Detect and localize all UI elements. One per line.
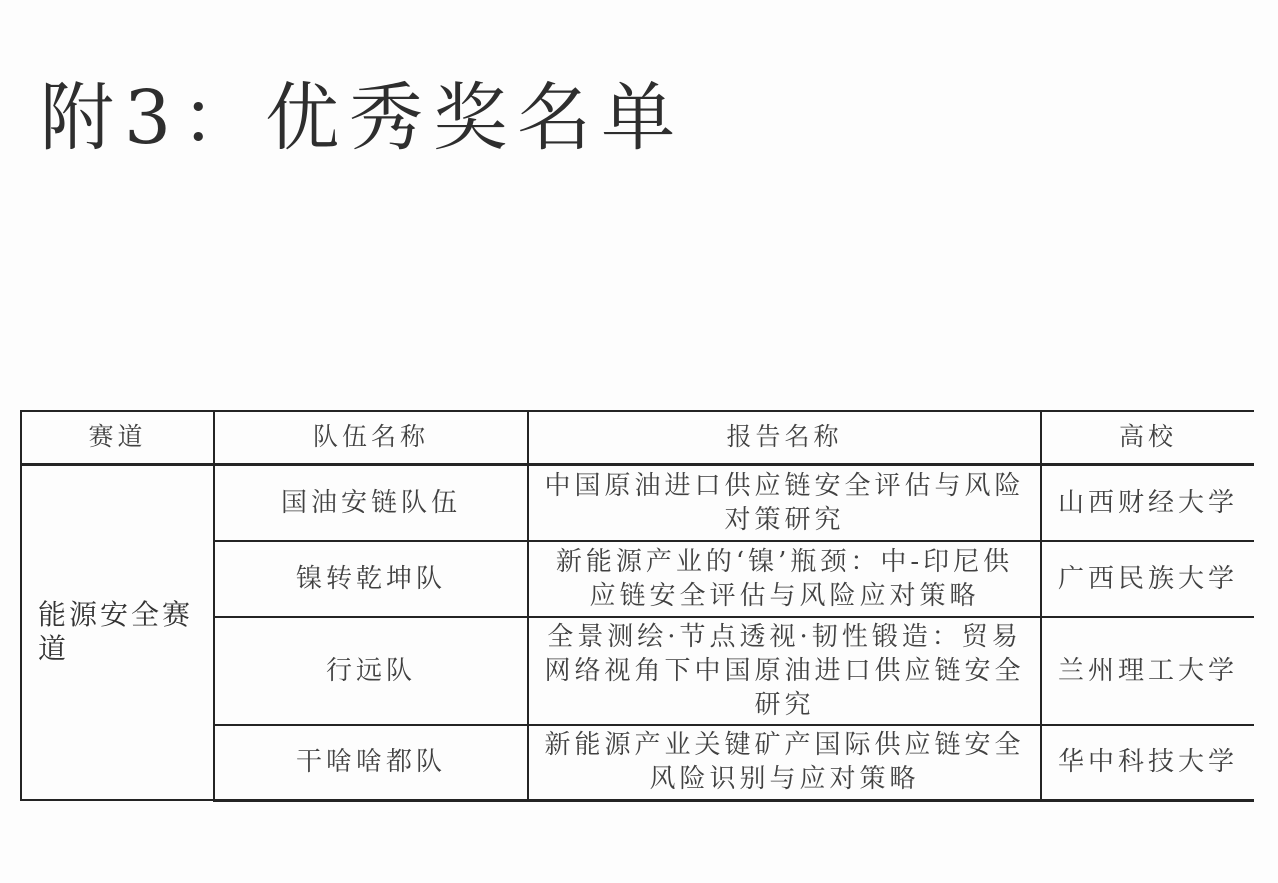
header-cell-track: 赛道 xyxy=(21,411,214,464)
report-cell: 新能源产业的‘镍’瓶颈：中-印尼供应链安全评估与风险应对策略 xyxy=(528,541,1041,617)
report-cell: 全景测绘·节点透视·韧性锻造：贸易网络视角下中国原油进口供应链安全研究 xyxy=(528,617,1041,725)
report-cell: 新能源产业关键矿产国际供应链安全风险识别与应对策略 xyxy=(528,725,1041,800)
track-cell: 能源安全赛道 xyxy=(21,464,214,800)
page-title: 附3：优秀奖名单 xyxy=(40,76,685,161)
university-cell: 广西民族大学 xyxy=(1041,541,1254,617)
header-cell-team: 队伍名称 xyxy=(214,411,528,464)
university-cell: 华中科技大学 xyxy=(1041,725,1254,800)
university-cell: 山西财经大学 xyxy=(1041,464,1254,541)
header-cell-report: 报告名称 xyxy=(528,411,1041,464)
header-cell-university: 高校 xyxy=(1041,411,1254,464)
team-cell: 国油安链队伍 xyxy=(214,464,528,541)
team-cell: 镍转乾坤队 xyxy=(214,541,528,617)
table-header-row: 赛道 队伍名称 报告名称 高校 xyxy=(21,411,1254,464)
document-page: 附3：优秀奖名单 赛道 队伍名称 报告名称 高校 能源安全赛道 国油安链队伍 中… xyxy=(0,0,1278,883)
awards-table: 赛道 队伍名称 报告名称 高校 能源安全赛道 国油安链队伍 中国原油进口供应链安… xyxy=(20,410,1254,802)
table-row: 能源安全赛道 国油安链队伍 中国原油进口供应链安全评估与风险对策研究 山西财经大… xyxy=(21,464,1254,541)
university-cell: 兰州理工大学 xyxy=(1041,617,1254,725)
team-cell: 干啥啥都队 xyxy=(214,725,528,800)
team-cell: 行远队 xyxy=(214,617,528,725)
report-cell: 中国原油进口供应链安全评估与风险对策研究 xyxy=(528,464,1041,541)
